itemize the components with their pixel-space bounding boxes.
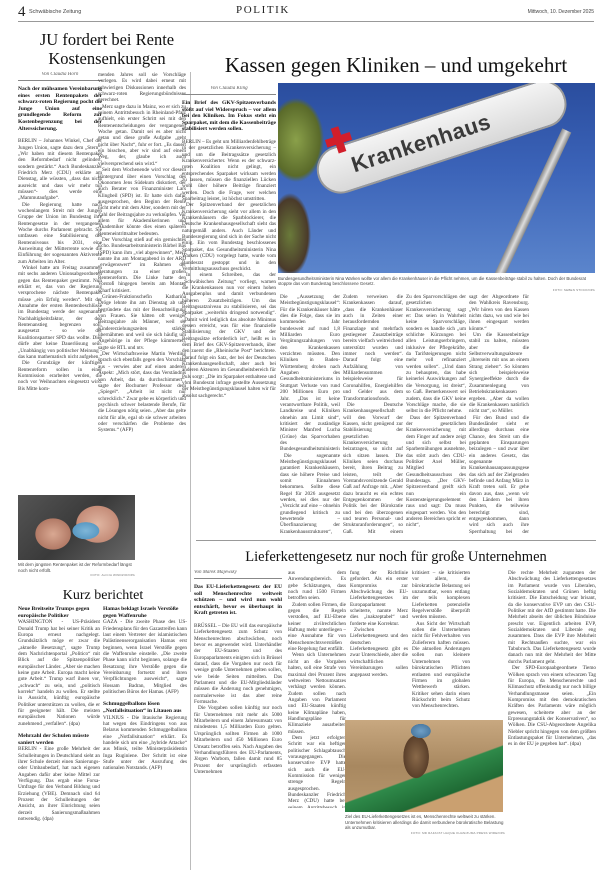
brief-headline: Neue Breitseite Trumps gegen europäische…	[18, 606, 100, 619]
paragraph: Um die Kassenbeiträge stabil zu halten, …	[469, 332, 529, 414]
briefs-col1: Neue Breitseite Trumps gegen europäische…	[18, 606, 100, 872]
paragraph: Dass der Spitzenverband der gesetzlichen…	[406, 415, 466, 529]
paragraph: Für den Bund und die Bundesländer sieht …	[469, 415, 529, 534]
brief-headline: Hamas beklagt Israels Verstöße gegen Waf…	[103, 606, 187, 619]
paragraph: Zudem verweisen die Krankenkassen darauf…	[343, 294, 403, 402]
image-credit: FOTO: MD RAFAYAT HAQUE KHAN/ZUMA PRESS W…	[345, 831, 505, 835]
paragraph: Die Vorgaben sollen künftig nur noch für…	[194, 705, 282, 775]
paper-name: Schwäbische Zeitung	[29, 9, 81, 15]
paragraph: Die „Aussetzung der Meistbegünstigungskl…	[280, 294, 340, 453]
paragraph: Zudem sollen Firmen, die gegen die Regel…	[288, 602, 346, 653]
page-number: 4	[18, 4, 26, 21]
paragraph: Der Vorschlag stieß auf ein gemischtes E…	[98, 237, 186, 294]
paragraph: Die sogenannte Meistbegünstigungsklausel…	[280, 453, 340, 534]
paragraph: menden Jahres soll sie Vorschläge vorleg…	[98, 72, 186, 104]
image-caption: Bundesgesundheitsministerin Nina Warken …	[278, 276, 595, 287]
paragraph: Wenn sich Unternehmen nicht an die Vorga…	[288, 652, 346, 734]
image-caption-wrap: Bundesgesundheitsministerin Nina Warken …	[278, 276, 595, 292]
paragraph: Die Regierung hatte nach wochenlangem St…	[18, 202, 102, 265]
brief-headline: Mehrzahl der Schulen müsste saniert werd…	[18, 733, 100, 746]
paragraph: kritisiert – sie kritisierten vor allem,…	[412, 570, 470, 621]
issue-date: Mittwoch, 10. Dezember 2025	[528, 9, 594, 15]
article-rente-col2: menden Jahres soll sie Vorschläge vorleg…	[98, 72, 186, 600]
sign-text: Krankenhaus	[348, 109, 494, 179]
section-divider	[196, 540, 596, 541]
paragraph: BERLIN – Johannes Winkel, Chef der Junge…	[18, 138, 102, 201]
column-rule	[190, 600, 191, 870]
paragraph: Die Grundzüge der künftigen Rentenreform…	[18, 360, 102, 392]
article-kassen-col4: Zu den Sparvorschlägen der gesetzlichen …	[406, 294, 466, 534]
article-liefer-col5: Die rechte Mehrheit zugunsten der Abschw…	[508, 570, 596, 872]
article-liefer-col2: aus dem Anwendungsbereich. Es gebe Schät…	[288, 570, 346, 808]
hospital-sign: Krankenhaus	[311, 83, 573, 200]
image-credit: FOTO: SEBEN STOCK/DPA	[553, 288, 595, 292]
article-liefer-col3: fung der Richtlinie gefordert. Als ein e…	[350, 570, 408, 718]
paragraph: In einem Schreiben, das der „Schwäbische…	[182, 272, 276, 399]
image-caption: Ziel des EU-Lieferkettengesetzes ist es,…	[345, 814, 505, 831]
paragraph: Die Deutsche Krankenhausgesellschaft wil…	[343, 402, 403, 534]
paragraph: Winkel hatte am Freitag zusammen mit sec…	[18, 265, 102, 360]
paragraph: Der SPD-Europaabgeordnete Tiemo Wölken s…	[508, 665, 596, 747]
lead-text: Das EU-Lieferkettengesetz der EU soll Me…	[194, 584, 282, 617]
paragraph: Die rechte Mehrheit zugunsten der Abschw…	[508, 570, 596, 665]
paragraph: Dem jetzt erfolgten Schritt war ein heft…	[288, 735, 346, 808]
paragraph: Aus Sicht der Wirtschaft sollen die Unte…	[412, 621, 470, 710]
paragraph: Der Spitzenverband der gesetzlichen Kran…	[182, 202, 276, 272]
article-liefer-headline: Lieferkettengesetz nur noch für große Un…	[196, 548, 596, 566]
paragraph: Grünen-Fraktionschefin Katharina Dröge l…	[98, 294, 186, 351]
sign-pole	[495, 128, 572, 273]
article-kassen-col2: Die „Aussetzung der Meistbegünstigungskl…	[280, 294, 340, 534]
paragraph: Zu den Sparvorschlägen der gesetzlichen …	[406, 294, 466, 415]
waste-picker-photo	[345, 720, 503, 812]
paragraph: Der Wirtschaftsweise Martin Werding spra…	[98, 351, 186, 433]
brief-body: VILNIUS - Die litauische Regierung hat w…	[103, 715, 187, 772]
section-title: POLITIK	[236, 4, 290, 16]
paragraph: aus dem Anwendungsbereich. Es gebe Schät…	[288, 570, 346, 602]
paragraph: Seit dem Wochenende wird vor diesem Hint…	[98, 167, 186, 237]
byline: Von Claudia Kling	[182, 86, 276, 95]
article-rente-headline: JU fordert bei Rente Kostensenkungen	[22, 30, 192, 68]
article-kassen-col5: sagt der Abgeordnete für den Wahlkreis R…	[469, 294, 529, 534]
byline: Von Marek Majewsky	[194, 570, 282, 579]
brief-body: WASHINGTON - US-Präsident Donald Trump h…	[18, 619, 100, 727]
article-kassen-col1: Von Claudia Kling Ein Brief des GKV-Spit…	[182, 86, 276, 596]
paragraph: fung der Richtlinie gefordert. Als ein e…	[350, 570, 408, 627]
article-liefer-col4: kritisiert – sie kritisierten vor allem,…	[412, 570, 470, 718]
byline: Von Claudia Horn	[18, 72, 102, 81]
paragraph: Zwischen Lieferkettengesetz und den deut…	[350, 627, 408, 678]
paragraph: sagt der Abgeordnete für den Wahlkreis R…	[469, 294, 529, 332]
lead-text: Ein Brief des GKV-Spitzenverbands stößt …	[182, 100, 276, 133]
paragraph: BERLIN – Es geht um Milliardenfehlbeträg…	[182, 139, 276, 202]
article-kassen-headline: Kassen gegen Kliniken – und umgekehrt	[196, 53, 596, 77]
briefs-col2: Hamas beklagt Israels Verstöße gegen Waf…	[103, 606, 187, 872]
briefs-title: Kurz berichtet	[18, 587, 188, 605]
brief-body: BERLIN - Eine große Mehrheit der Schulle…	[18, 746, 100, 822]
brief-body: GAZA - Die zweite Phase des US-Friedensp…	[103, 619, 187, 695]
image-caption-wrap: Ziel des EU-Lieferkettengesetzes ist es,…	[345, 814, 505, 844]
article-kassen-col3: Zudem verweisen die Krankenkassen darauf…	[343, 294, 403, 534]
brief-headline: Schmuggelballons lösen „Notfallsituation…	[103, 701, 187, 714]
lead-text: Nach der mühsamen Vereinbarung eines ers…	[18, 86, 102, 132]
page-header: 4 Schwäbische Zeitung POLITIK Mittwoch, …	[18, 0, 594, 22]
article-liefer-col1: Von Marek Majewsky Das EU-Lieferkettenge…	[194, 570, 282, 872]
paragraph: Merz sagte dazu in Mainz, wo er sich zu …	[98, 104, 186, 167]
hospital-sign-photo: Krankenhaus	[278, 83, 595, 273]
paragraph: BRÜSSEL – Die EU will das europäische Li…	[194, 623, 282, 705]
article-rente-col1: Von Claudia Horn Nach der mühsamen Verei…	[18, 72, 102, 492]
